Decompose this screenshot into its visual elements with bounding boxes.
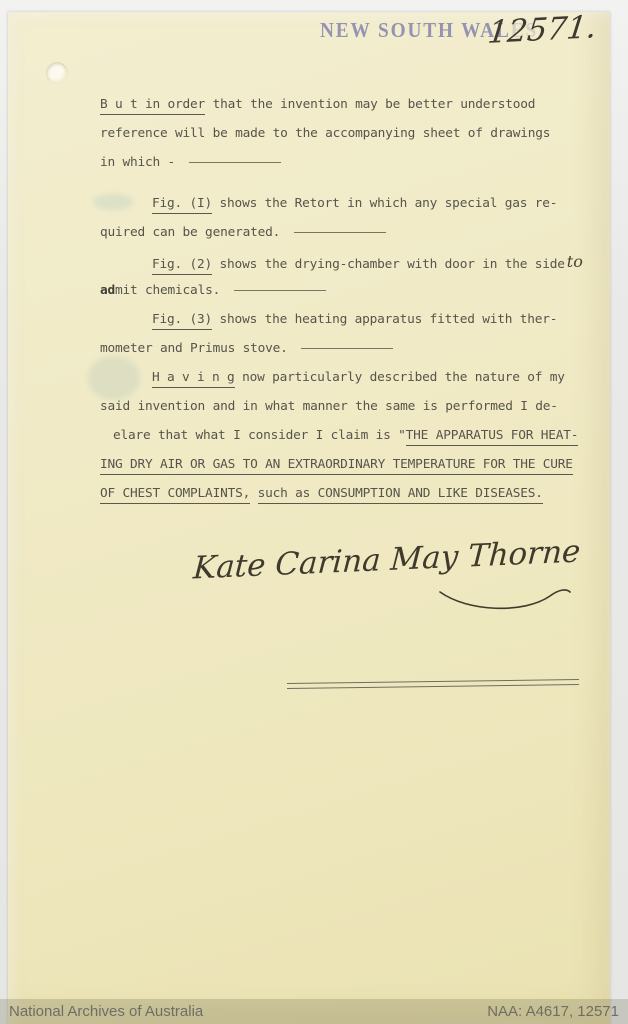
typed-text: Fig. (I) <box>152 196 212 214</box>
typed-rule-dash <box>301 348 393 349</box>
typed-text: now particularly described the nature of… <box>235 370 565 385</box>
typed-line: Fig. (2) shows the drying-chamber with d… <box>100 247 592 276</box>
double-rule <box>287 679 579 689</box>
typed-text: mit chemicals. <box>115 283 228 298</box>
typed-line: quired can be generated. <box>100 218 592 247</box>
archive-name: National Archives of Australia <box>9 1003 203 1020</box>
typed-text: such as CONSUMPTION AND LIKE DISEASES. <box>258 486 543 504</box>
typed-line: H a v i n g now particularly described t… <box>100 363 592 392</box>
archive-reference: NAA: A4617, 12571 <box>487 1003 619 1020</box>
typed-line: Fig. (I) shows the Retort in which any s… <box>100 189 592 218</box>
typed-text: elare that what I consider I claim is " <box>113 428 406 443</box>
scanned-paper: NEW SOUTH WALES 12571. B u t in order th… <box>8 12 610 1024</box>
typed-line: elare that what I consider I claim is "T… <box>100 421 592 450</box>
typed-text: OF CHEST COMPLAINTS, <box>100 486 250 504</box>
typed-rule-dash <box>294 232 386 233</box>
typed-text: THE APPARATUS FOR HEAT- <box>406 428 579 446</box>
typed-line: B u t in order that the invention may be… <box>100 90 592 119</box>
signature-flourish <box>438 586 572 614</box>
typed-line: ING DRY AIR OR GAS TO AN EXTRAORDINARY T… <box>100 450 592 479</box>
typed-line: mometer and Primus stove. <box>100 334 592 363</box>
typed-lines: B u t in order that the invention may be… <box>100 90 592 508</box>
typed-text: that the invention may be better underst… <box>205 97 535 112</box>
archive-footer-bar: National Archives of Australia NAA: A461… <box>0 999 628 1024</box>
typed-text: Fig. (2) <box>152 257 212 275</box>
typed-text: Fig. (3) <box>152 312 212 330</box>
typed-text: reference will be made to the accompanyi… <box>100 126 550 141</box>
typed-text: quired can be generated. <box>100 225 288 240</box>
typed-line: said invention and in what manner the sa… <box>100 392 592 421</box>
typed-line: admit chemicals. <box>100 276 592 305</box>
typed-line: in which - <box>100 148 592 177</box>
typed-text: shows the heating apparatus fitted with … <box>212 312 557 327</box>
typed-text: in which - <box>100 155 183 170</box>
typed-line: OF CHEST COMPLAINTS, such as CONSUMPTION… <box>100 479 592 508</box>
typed-text: mometer and Primus stove. <box>100 341 295 356</box>
typed-text <box>250 486 258 501</box>
typed-rule-dash <box>234 290 326 291</box>
stamp-text: NEW SOUTH WAL <box>320 18 511 42</box>
typed-rule-dash <box>189 162 281 163</box>
typed-text: shows the Retort in which any special ga… <box>212 196 557 211</box>
typed-text: H a v i n g <box>152 370 235 388</box>
signature: Kate Carina May Thorne <box>192 533 581 586</box>
handwritten-word: to <box>567 252 583 271</box>
typed-text: shows the drying-chamber with door in th… <box>212 257 565 272</box>
typed-text: ING DRY AIR OR GAS TO AN EXTRAORDINARY T… <box>100 457 573 475</box>
typed-text: ad <box>100 283 115 298</box>
punch-hole <box>46 62 68 84</box>
typed-text: B u t in order <box>100 97 205 115</box>
typed-text: said invention and in what manner the sa… <box>100 399 558 414</box>
typed-line: Fig. (3) shows the heating apparatus fit… <box>100 305 592 334</box>
handwritten-file-number: 12571. <box>486 9 599 51</box>
typed-line: reference will be made to the accompanyi… <box>100 119 592 148</box>
